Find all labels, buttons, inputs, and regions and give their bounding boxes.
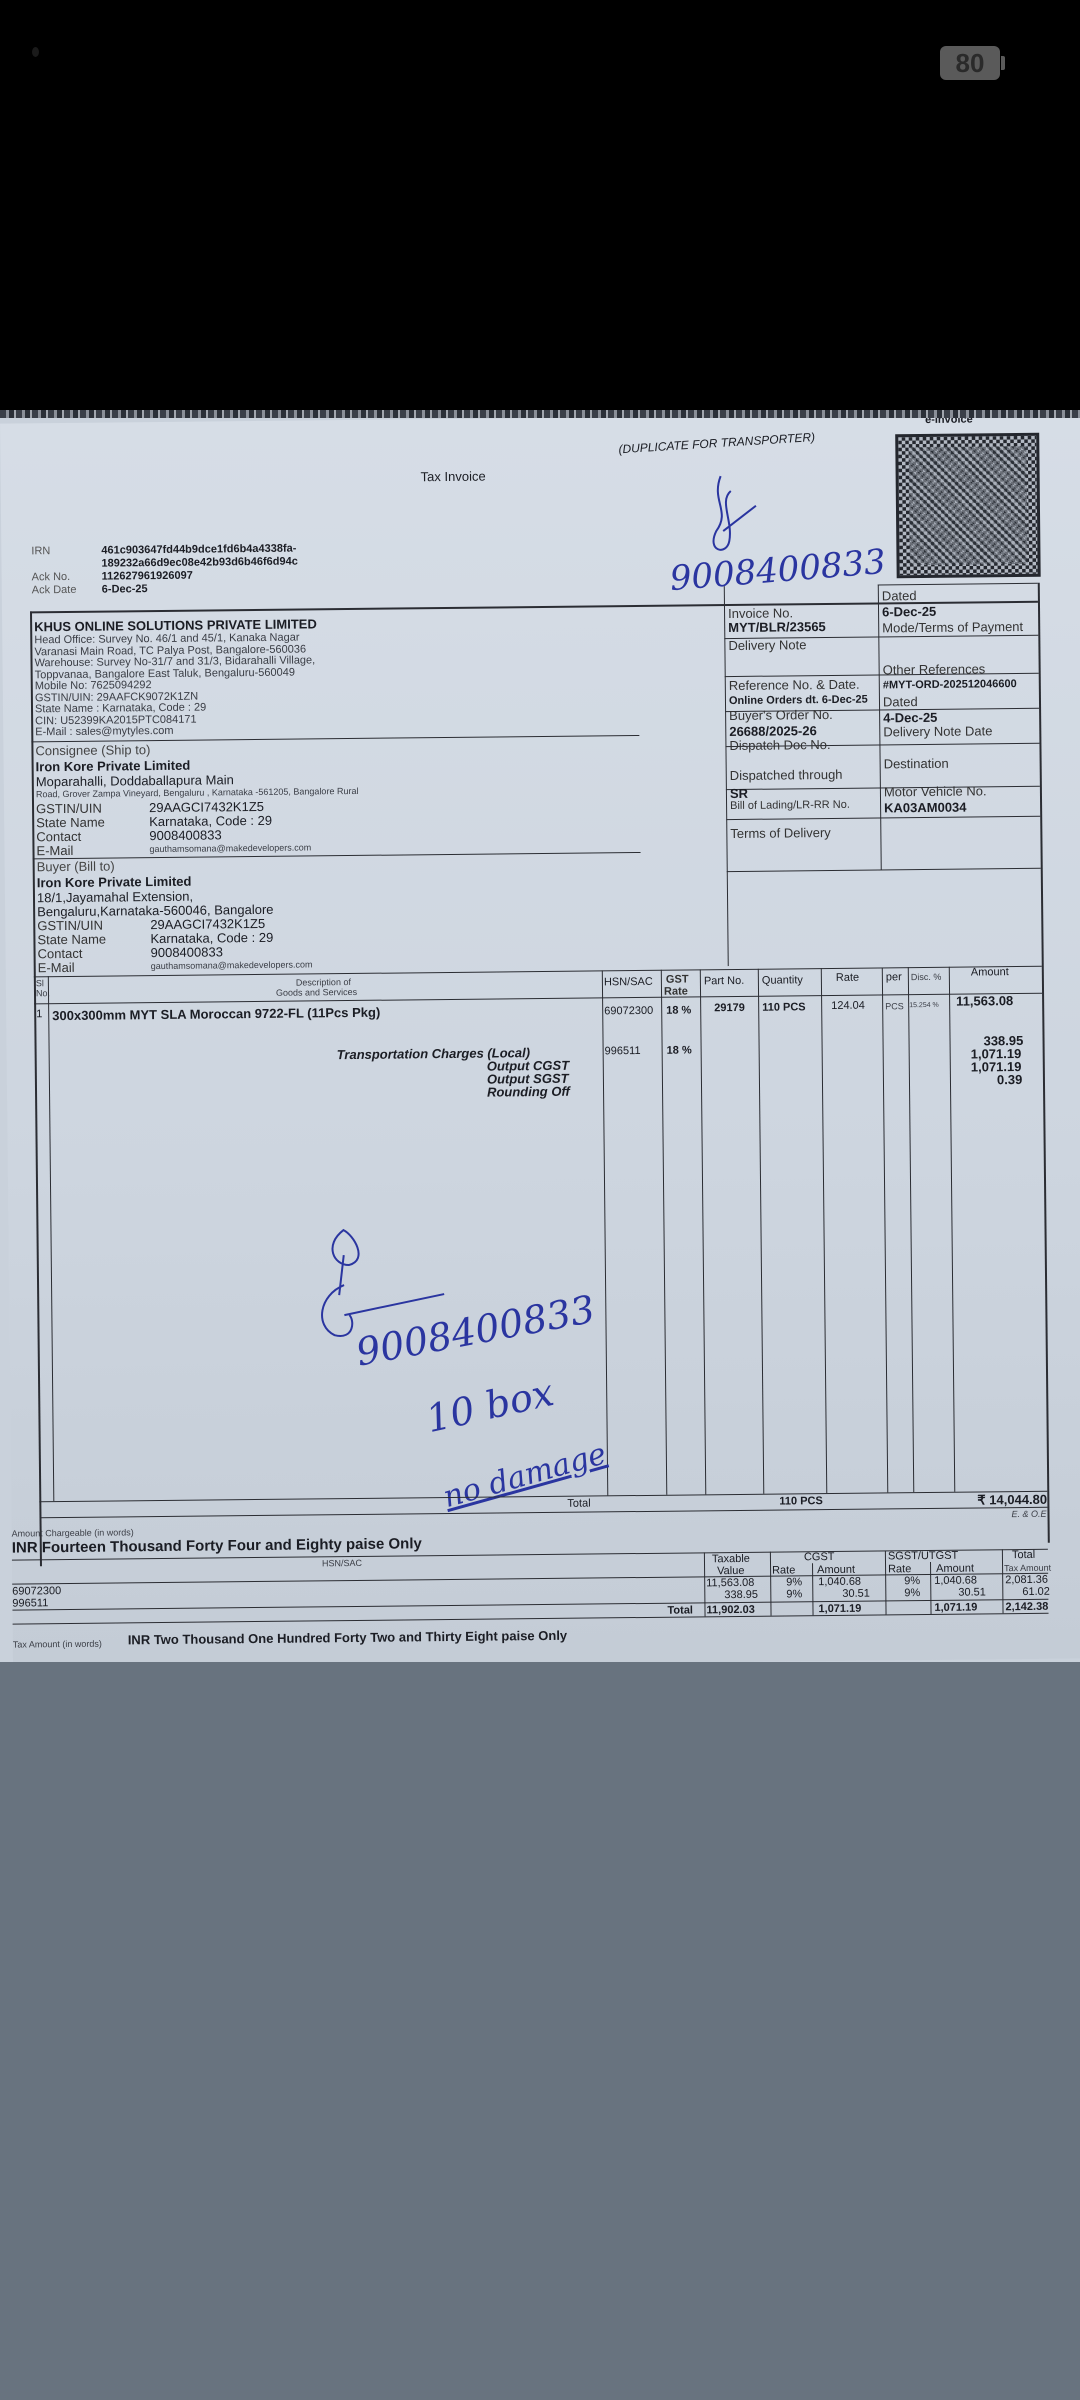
- tax-row: 69072300 11,563.08 9% 1,040.68 9% 1,040.…: [0, 418, 1080, 424]
- total-taxable-value: 11,902.03: [706, 1604, 754, 1617]
- amount-in-words: INR Fourteen Thousand Forty Four and Eig…: [12, 1535, 422, 1556]
- consignee-name: Iron Kore Private Limited: [36, 758, 191, 775]
- total-tax-amount: 2,142.38: [1005, 1601, 1048, 1613]
- consignee-contact: 9008400833: [149, 827, 221, 843]
- other-reference: #MYT-ORD-202512046600: [883, 678, 1017, 691]
- irn-label: IRN: [31, 545, 50, 557]
- consignee-email: gauthamsomana@makedevelopers.com: [149, 842, 311, 854]
- battery-indicator: 80: [940, 46, 1000, 80]
- total-cgst: 1,071.19: [818, 1603, 861, 1615]
- camera-dot: [32, 47, 39, 57]
- buyer-email: gauthamsomana@makedevelopers.com: [151, 959, 313, 971]
- invoice-number: MYT/BLR/23565: [728, 619, 826, 635]
- invoice-title: Tax Invoice: [421, 469, 486, 485]
- einvoice-label: e-Invoice: [925, 418, 973, 426]
- item-amount: 11,563.08: [956, 993, 1013, 1009]
- ack-no: 112627961926097: [102, 570, 193, 583]
- background-surface: [0, 1662, 1080, 2400]
- irn-value-1: 461c903647fd44b9dce1fd6b4a4338fa-: [101, 543, 296, 557]
- buyer-name: Iron Kore Private Limited: [37, 874, 192, 891]
- reference-value: Online Orders dt. 6-Dec-25: [729, 694, 868, 707]
- copy-label: (DUPLICATE FOR TRANSPORTER): [618, 430, 815, 456]
- grand-total: ₹ 14,044.80: [977, 1492, 1047, 1509]
- signature-top: [701, 470, 782, 561]
- dispatched-through: SR: [730, 786, 748, 801]
- status-bar: 80: [0, 0, 1080, 120]
- consignee-address-2: Road, Grover Zampa Vineyard, Bengaluru ,…: [36, 786, 359, 799]
- item-description: 300x300mm MYT SLA Moroccan 9722-FL (11Pc…: [52, 1005, 380, 1023]
- buyer-contact: 9008400833: [150, 944, 222, 960]
- ack-date-label: Ack Date: [32, 584, 77, 596]
- total-sgst: 1,071.19: [934, 1601, 977, 1613]
- tax-row: 996511 338.95 9% 30.51 9% 30.51 61.02: [0, 418, 1080, 424]
- total-quantity: 110 PCS: [779, 1495, 823, 1507]
- invoice-photo: Tax Invoice (DUPLICATE FOR TRANSPORTER) …: [0, 418, 1080, 1664]
- ack-no-label: Ack No.: [32, 571, 71, 583]
- buyer-label: Buyer (Bill to): [37, 858, 115, 874]
- qr-code: [895, 433, 1041, 579]
- invoice-paper: Tax Invoice (DUPLICATE FOR TRANSPORTER) …: [0, 418, 1080, 1664]
- seller-details: Head Office: Survey No. 46/1 and 45/1, K…: [34, 632, 316, 738]
- irn-value-2: 189232a66d9ec08e42b93d6b46f6d94c: [101, 556, 297, 570]
- invoice-date: 6-Dec-25: [882, 604, 936, 620]
- handwritten-box-count: 10 box: [422, 1370, 558, 1441]
- vehicle-number: KA03AM0034: [884, 800, 967, 816]
- ack-date: 6-Dec-25: [102, 583, 148, 595]
- table-row: 1 300x300mm MYT SLA Moroccan 9722-FL (11…: [0, 418, 1080, 424]
- tax-amount-in-words: INR Two Thousand One Hundred Forty Two a…: [128, 1628, 567, 1648]
- consignee-label: Consignee (Ship to): [35, 742, 150, 758]
